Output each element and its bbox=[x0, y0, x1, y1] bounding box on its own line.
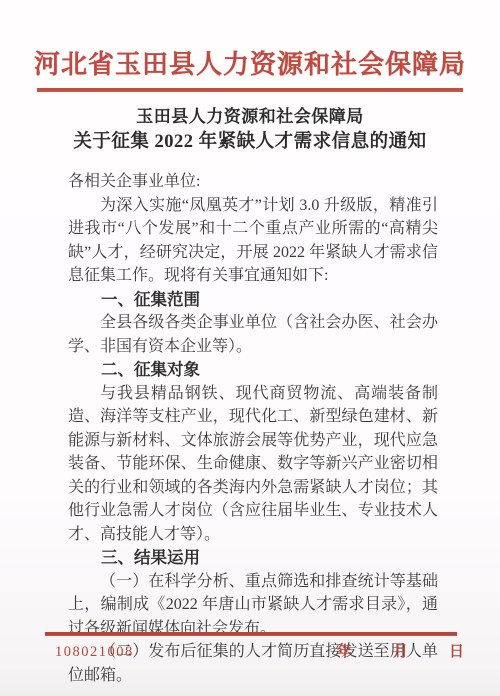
footer-double-rule bbox=[45, 632, 457, 636]
document-footer: 108021008 年 月 日 bbox=[0, 632, 500, 661]
document-title-issuer-line: 玉田县人力资源和社会保障局 bbox=[0, 105, 500, 129]
footer-date-fields: 年 月 日 bbox=[300, 640, 464, 661]
document-title: 玉田县人力资源和社会保障局 关于征集 2022 年紧缺人才需求信息的通知 bbox=[0, 105, 500, 156]
salutation: 各相关企事业单位: bbox=[68, 170, 438, 194]
section-3-heading: 三、结果运用 bbox=[68, 546, 438, 570]
letterhead-double-rule bbox=[37, 88, 463, 92]
footer-row: 108021008 年 月 日 bbox=[55, 640, 464, 661]
section-3-paragraph-1: （一）在科学分析、重点筛选和排查统计等基础上，编制成《2022 年唐山市紧缺人才… bbox=[68, 570, 438, 641]
letterhead-agency-name: 河北省玉田县人力资源和社会保障局 bbox=[0, 48, 500, 82]
section-1-heading: 一、征集范围 bbox=[68, 288, 438, 312]
section-2-heading: 二、征集对象 bbox=[68, 358, 438, 382]
footer-date-month-label: 月 bbox=[393, 644, 408, 660]
scanned-notice-document: 河北省玉田县人力资源和社会保障局 玉田县人力资源和社会保障局 关于征集 2022… bbox=[0, 0, 500, 696]
document-title-subject-line: 关于征集 2022 年紧缺人才需求信息的通知 bbox=[0, 129, 500, 156]
footer-date-day-label: 日 bbox=[449, 644, 464, 660]
document-body: 各相关企事业单位: 为深入实施“凤凰英才”计划 3.0 升级版，精准引进我市“八… bbox=[68, 170, 438, 687]
letterhead: 河北省玉田县人力资源和社会保障局 bbox=[0, 0, 500, 92]
section-1-paragraph: 全县各级各类企事业单位（含社会办医、社会办学、非国有资本企业等）。 bbox=[68, 311, 438, 358]
footer-date-year-label: 年 bbox=[337, 644, 352, 660]
intro-paragraph: 为深入实施“凤凰英才”计划 3.0 升级版，精准引进我市“八个发展”和十二个重点… bbox=[68, 194, 438, 288]
section-2-paragraph: 与我县精品钢铁、现代商贸物流、高端装备制造、海洋等支柱产业，现代化工、新型绿色建… bbox=[68, 382, 438, 547]
footer-serial-number: 108021008 bbox=[55, 644, 134, 661]
